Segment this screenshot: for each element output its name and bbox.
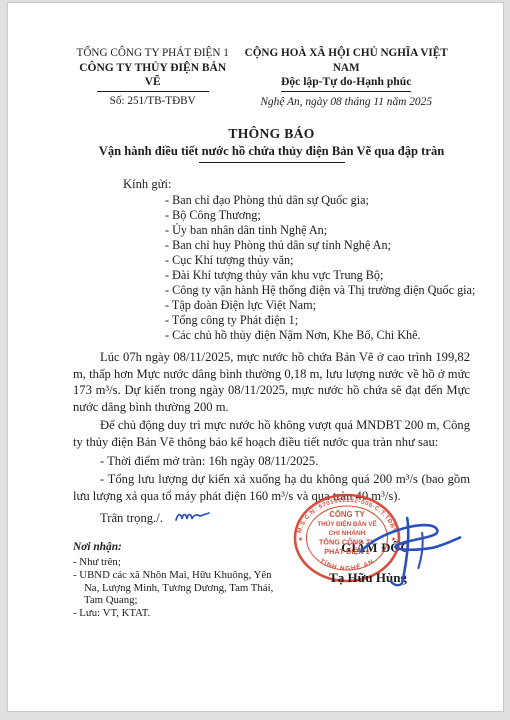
subtitle-underline [199,162,345,163]
issuing-org-block: TỔNG CÔNG TY PHÁT ĐIỆN 1 CÔNG TY THỦY ĐI… [73,46,232,109]
doc-subtitle: Vận hành điều tiết nước hồ chứa thủy điệ… [73,144,470,159]
distribution-list: - Như trên;- UBND các xã Nhôn Mai, Hữu K… [73,556,287,619]
org-underline [97,91,209,92]
document-header: TỔNG CÔNG TY PHÁT ĐIỆN 1 CÔNG TY THỦY ĐI… [73,46,470,109]
recipient-line: - Công ty vận hành Hệ thống điện và Thị … [165,283,470,298]
body-paragraph: - Thời điểm mở tràn: 16h ngày 08/11/2025… [73,453,470,470]
recipient-line: - Bộ Công Thương; [165,208,470,223]
distribution-block: Nơi nhận: - Như trên;- UBND các xã Nhôn … [73,541,287,619]
closing-text: Trân trọng./. [100,511,163,525]
recipient-line: - Tập đoàn Điện lực Việt Nam; [165,298,470,313]
doc-number: Số: 251/TB-TĐBV [73,94,232,109]
recipient-line: - Các chủ hồ thủy điện Nậm Nơn, Khe Bố, … [165,328,470,343]
body-text: Lúc 07h ngày 08/11/2025, mực nước hồ chứ… [73,349,470,504]
national-header-block: CỘNG HOÀ XÃ HỘI CHỦ NGHĨA VIỆT NAM Độc l… [232,46,460,109]
stamp-star-left: ★ [298,536,303,543]
distribution-line: - Như trên; [73,556,287,569]
recipient-line: - Ban chỉ huy Phòng thủ dân sự tỉnh Nghệ… [165,238,470,253]
place-date: Nghệ An, ngày 08 tháng 11 năm 2025 [232,95,460,110]
doc-title: THÔNG BÁO [73,126,470,142]
director-signature [348,509,473,591]
body-paragraph: - Tổng lưu lượng dự kiến xả xuống hạ du … [73,471,470,504]
initial-signature-mark [173,509,213,525]
distribution-label: Nơi nhận: [73,541,287,553]
recipient-line: - Ủy ban nhân dân tỉnh Nghệ An; [165,223,470,238]
recipient-list: - Ban chỉ đạo Phòng thủ dân sự Quốc gia;… [165,193,470,343]
parent-org-name: TỔNG CÔNG TY PHÁT ĐIỆN 1 [73,46,232,61]
salutation: Kính gửi: [123,177,470,192]
body-paragraph: Để chủ động duy trì mực nước hồ không vư… [73,417,470,450]
national-title: CỘNG HOÀ XÃ HỘI CHỦ NGHĨA VIỆT NAM [232,46,460,75]
org-name: CÔNG TY THỦY ĐIỆN BẢN VẼ [73,61,232,90]
distribution-line: - Lưu: VT, KTAT. [73,607,287,620]
national-motto: Độc lập-Tự do-Hạnh phúc [281,75,411,92]
document-page: TỔNG CÔNG TY PHÁT ĐIỆN 1 CÔNG TY THỦY ĐI… [7,2,504,712]
recipient-line: - Cục Khí tượng thủy văn; [165,253,470,268]
recipient-line: - Ban chỉ đạo Phòng thủ dân sự Quốc gia; [165,193,470,208]
recipient-line: - Tổng công ty Phát điện 1; [165,313,470,328]
recipient-line: - Đài Khí tượng thủy văn khu vực Trung B… [165,268,470,283]
distribution-line: - UBND các xã Nhôn Mai, Hữu Khuông, Yên … [73,569,287,607]
body-paragraph: Lúc 07h ngày 08/11/2025, mực nước hồ chứ… [73,349,470,415]
